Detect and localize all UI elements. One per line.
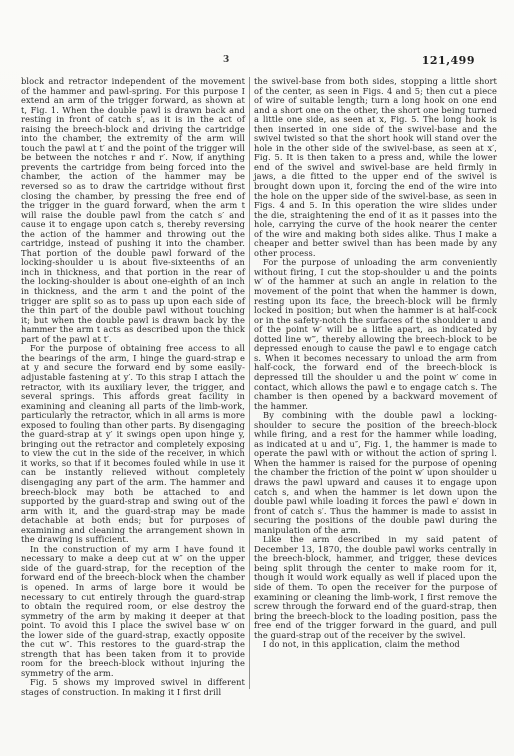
left-column: block and retractor independent of the m… [21,77,245,698]
page-number: 3 [223,55,229,65]
page-header: 3 121,499 [0,54,514,70]
left-paragraph-continuation: block and retractor independent of the m… [21,77,245,344]
left-paragraph-guard-strap: For the purpose of obtaining free access… [21,344,245,544]
patent-page: 3 121,499 block and retractor independen… [0,0,514,756]
right-column: the swivel-base from both sides, stoppin… [254,77,497,650]
right-paragraph-disclaimer: I do not, in this application, claim the… [254,640,497,650]
right-paragraph-unloading: For the purpose of unloading the arm con… [254,258,497,411]
column-divider [249,77,250,689]
left-paragraph-deep-cut: In the construction of my arm I have fou… [21,545,245,679]
right-paragraph-prior-patent: Like the arm described in my said patent… [254,535,497,640]
right-paragraph-locking-shoulder: By combining with the double pawl a lock… [254,411,497,535]
patent-number: 121,499 [422,54,475,67]
right-paragraph-swivel-base: the swivel-base from both sides, stoppin… [254,77,497,258]
left-paragraph-fig5-swivel: Fig. 5 shows my improved swivel in diffe… [21,678,245,697]
